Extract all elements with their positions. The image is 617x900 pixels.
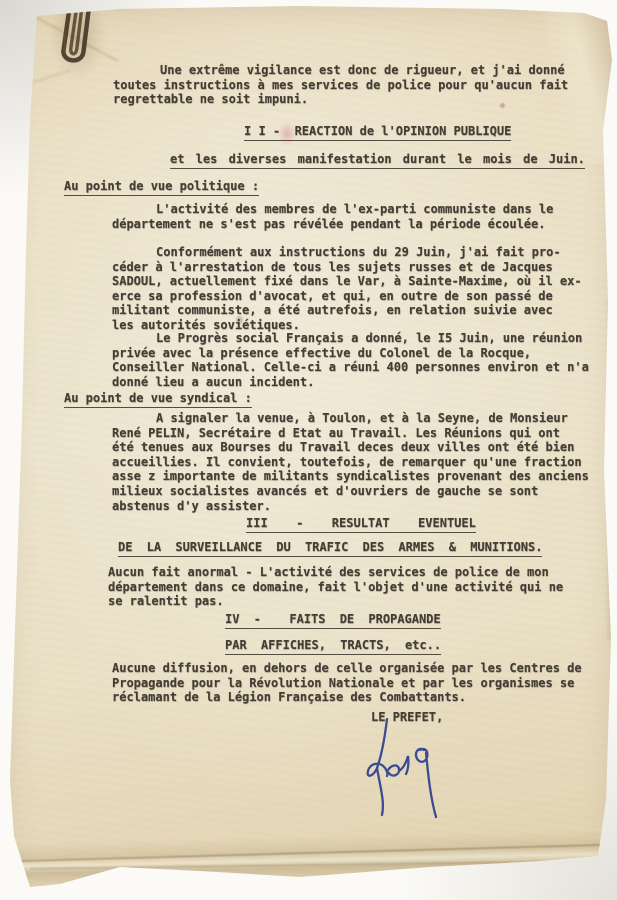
section-3-subtitle: DE LA SURVEILLANCE DU TRAFIC DES ARMES &… bbox=[118, 540, 542, 557]
crease-top-left bbox=[20, 8, 118, 61]
heading-syndical-text: Au point de vue syndical : bbox=[64, 391, 252, 408]
heading-syndical: Au point de vue syndical : bbox=[64, 391, 252, 408]
section-2-title-text: I I - REACTION de l'OPINION PUBLIQUE bbox=[244, 124, 511, 141]
crease-line-2 bbox=[30, 860, 590, 869]
section-2-title: I I - REACTION de l'OPINION PUBLIQUE bbox=[244, 124, 511, 141]
paperclip-shadow bbox=[50, 0, 106, 80]
paragraph-armes: Aucun fait anormal - L'activité des serv… bbox=[108, 565, 563, 609]
closing-le-prefet: LE PREFET, bbox=[371, 710, 443, 725]
section-3-title-text: III - RESULTAT EVENTUEL bbox=[246, 516, 476, 533]
handwritten-signature bbox=[360, 716, 450, 821]
paragraph-propagande: Aucune diffusion, en dehors de celle org… bbox=[112, 661, 582, 705]
crease-bottom-band bbox=[0, 830, 617, 887]
document-sheet: Une extrême vigilance est donc de rigueu… bbox=[0, 0, 617, 900]
section-4-subtitle: PAR AFFICHES, TRACTS, etc.. bbox=[225, 638, 441, 655]
crease-right-edge bbox=[603, 300, 613, 640]
scan-background: Une extrême vigilance est donc de rigueu… bbox=[0, 0, 617, 900]
paragraph-progres-social: Le Progrès social Français a donné, le I… bbox=[112, 331, 589, 389]
section-2-subtitle-text: et les diverses manifestation durant le … bbox=[170, 152, 585, 169]
section-4-title: IV - FAITS DE PROPAGANDE bbox=[225, 612, 441, 629]
crease-line-1 bbox=[10, 844, 610, 862]
paperclip-icon bbox=[47, 0, 108, 81]
paragraph-syndical: A signaler la venue, à Toulon, et à la S… bbox=[112, 411, 589, 513]
section-3-subtitle-text: DE LA SURVEILLANCE DU TRAFIC DES ARMES &… bbox=[118, 540, 542, 557]
heading-politique: Au point de vue politique : bbox=[64, 179, 259, 196]
section-4-title-text: IV - FAITS DE PROPAGANDE bbox=[225, 612, 441, 629]
paragraph-communiste: L'activité des membres de l'ex-parti com… bbox=[112, 202, 553, 231]
paragraph-sadoul: Conformément aux instructions du 29 Juin… bbox=[112, 245, 582, 333]
crease-top-left-2 bbox=[3, 69, 70, 93]
section-4-subtitle-text: PAR AFFICHES, TRACTS, etc.. bbox=[225, 638, 441, 655]
section-2-subtitle: et les diverses manifestation durant le … bbox=[170, 152, 585, 169]
heading-politique-text: Au point de vue politique : bbox=[64, 179, 259, 196]
intro-paragraph: Une extrême vigilance est donc de rigueu… bbox=[113, 63, 568, 107]
section-3-title: III - RESULTAT EVENTUEL bbox=[246, 516, 476, 533]
